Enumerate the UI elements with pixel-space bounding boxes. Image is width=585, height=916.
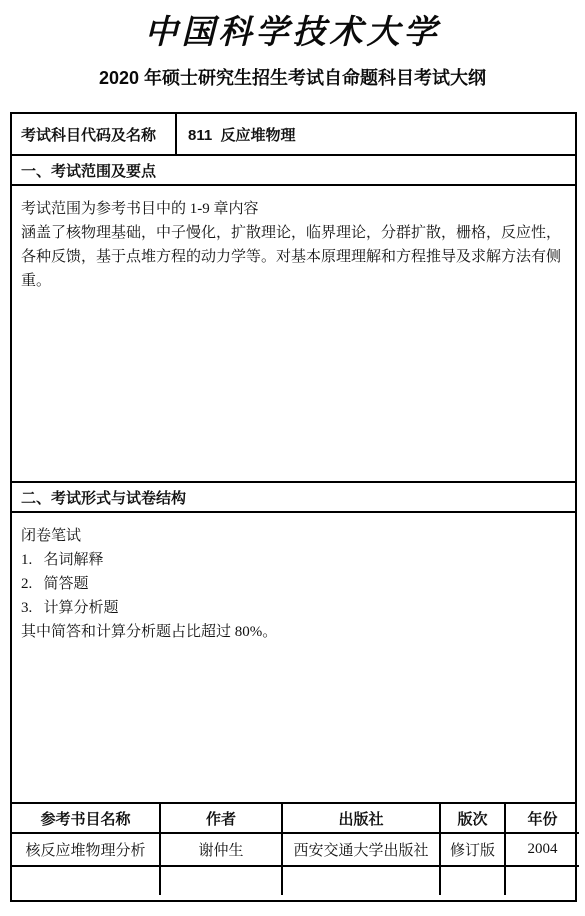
ref-header-edition: 版次 xyxy=(440,804,505,833)
references-table: 参考书目名称 作者 出版社 版次 年份 核反应堆物理分析 谢仲生 西安交通大学出… xyxy=(12,804,579,895)
ref-edition-empty xyxy=(440,866,505,895)
ref-edition: 修订版 xyxy=(440,833,505,866)
ref-header-year: 年份 xyxy=(505,804,579,833)
exam-format-line: 闭卷笔试 xyxy=(21,524,565,548)
scope-line: 考试范围为参考书目中的 1-9 章内容 xyxy=(21,197,565,221)
question-type-2: 2. 简答题 xyxy=(21,572,565,596)
reference-row-empty xyxy=(12,866,579,895)
ref-publisher: 西安交通大学出版社 xyxy=(282,833,440,866)
section-1-content: 考试范围为参考书目中的 1-9 章内容 涵盖了核物理基础，中子慢化，扩散理论，临… xyxy=(12,186,575,483)
ref-author-empty xyxy=(160,866,282,895)
scope-paragraph: 涵盖了核物理基础，中子慢化，扩散理论，临界理论，分群扩散，栅格，反应性，各种反馈… xyxy=(21,221,565,293)
question-type-3: 3. 计算分析题 xyxy=(21,596,565,620)
syllabus-table: 考试科目代码及名称 811 反应堆物理 一、考试范围及要点 考试范围为参考书目中… xyxy=(10,112,577,902)
ref-book-name: 核反应堆物理分析 xyxy=(12,833,160,866)
section-1-heading: 一、考试范围及要点 xyxy=(12,156,575,186)
ref-book-name-empty xyxy=(12,866,160,895)
ref-header-book-name: 参考书目名称 xyxy=(12,804,160,833)
subject-code-row: 考试科目代码及名称 811 反应堆物理 xyxy=(12,114,575,156)
weight-note-line: 其中简答和计算分析题占比超过 80%。 xyxy=(21,620,565,644)
exam-syllabus-page: 中国科学技术大学 2020 年硕士研究生招生考试自命题科目考试大纲 考试科目代码… xyxy=(0,0,585,916)
question-type-1: 1. 名词解释 xyxy=(21,548,565,572)
subject-code-value: 811 反应堆物理 xyxy=(177,114,575,154)
ref-author: 谢仲生 xyxy=(160,833,282,866)
ref-header-publisher: 出版社 xyxy=(282,804,440,833)
subject-code-label: 考试科目代码及名称 xyxy=(12,114,177,154)
ref-year: 2004 xyxy=(505,833,579,866)
ustc-calligraphy-logo: 中国科学技术大学 xyxy=(0,10,585,54)
page-title: 2020 年硕士研究生招生考试自命题科目考试大纲 xyxy=(0,66,585,90)
ref-year-empty xyxy=(505,866,579,895)
reference-row: 核反应堆物理分析 谢仲生 西安交通大学出版社 修订版 2004 xyxy=(12,833,579,866)
references-header-row: 参考书目名称 作者 出版社 版次 年份 xyxy=(12,804,579,833)
section-2-content: 闭卷笔试 1. 名词解释 2. 简答题 3. 计算分析题 其中简答和计算分析题占… xyxy=(12,513,575,804)
ref-header-author: 作者 xyxy=(160,804,282,833)
ref-publisher-empty xyxy=(282,866,440,895)
section-2-heading: 二、考试形式与试卷结构 xyxy=(12,483,575,513)
